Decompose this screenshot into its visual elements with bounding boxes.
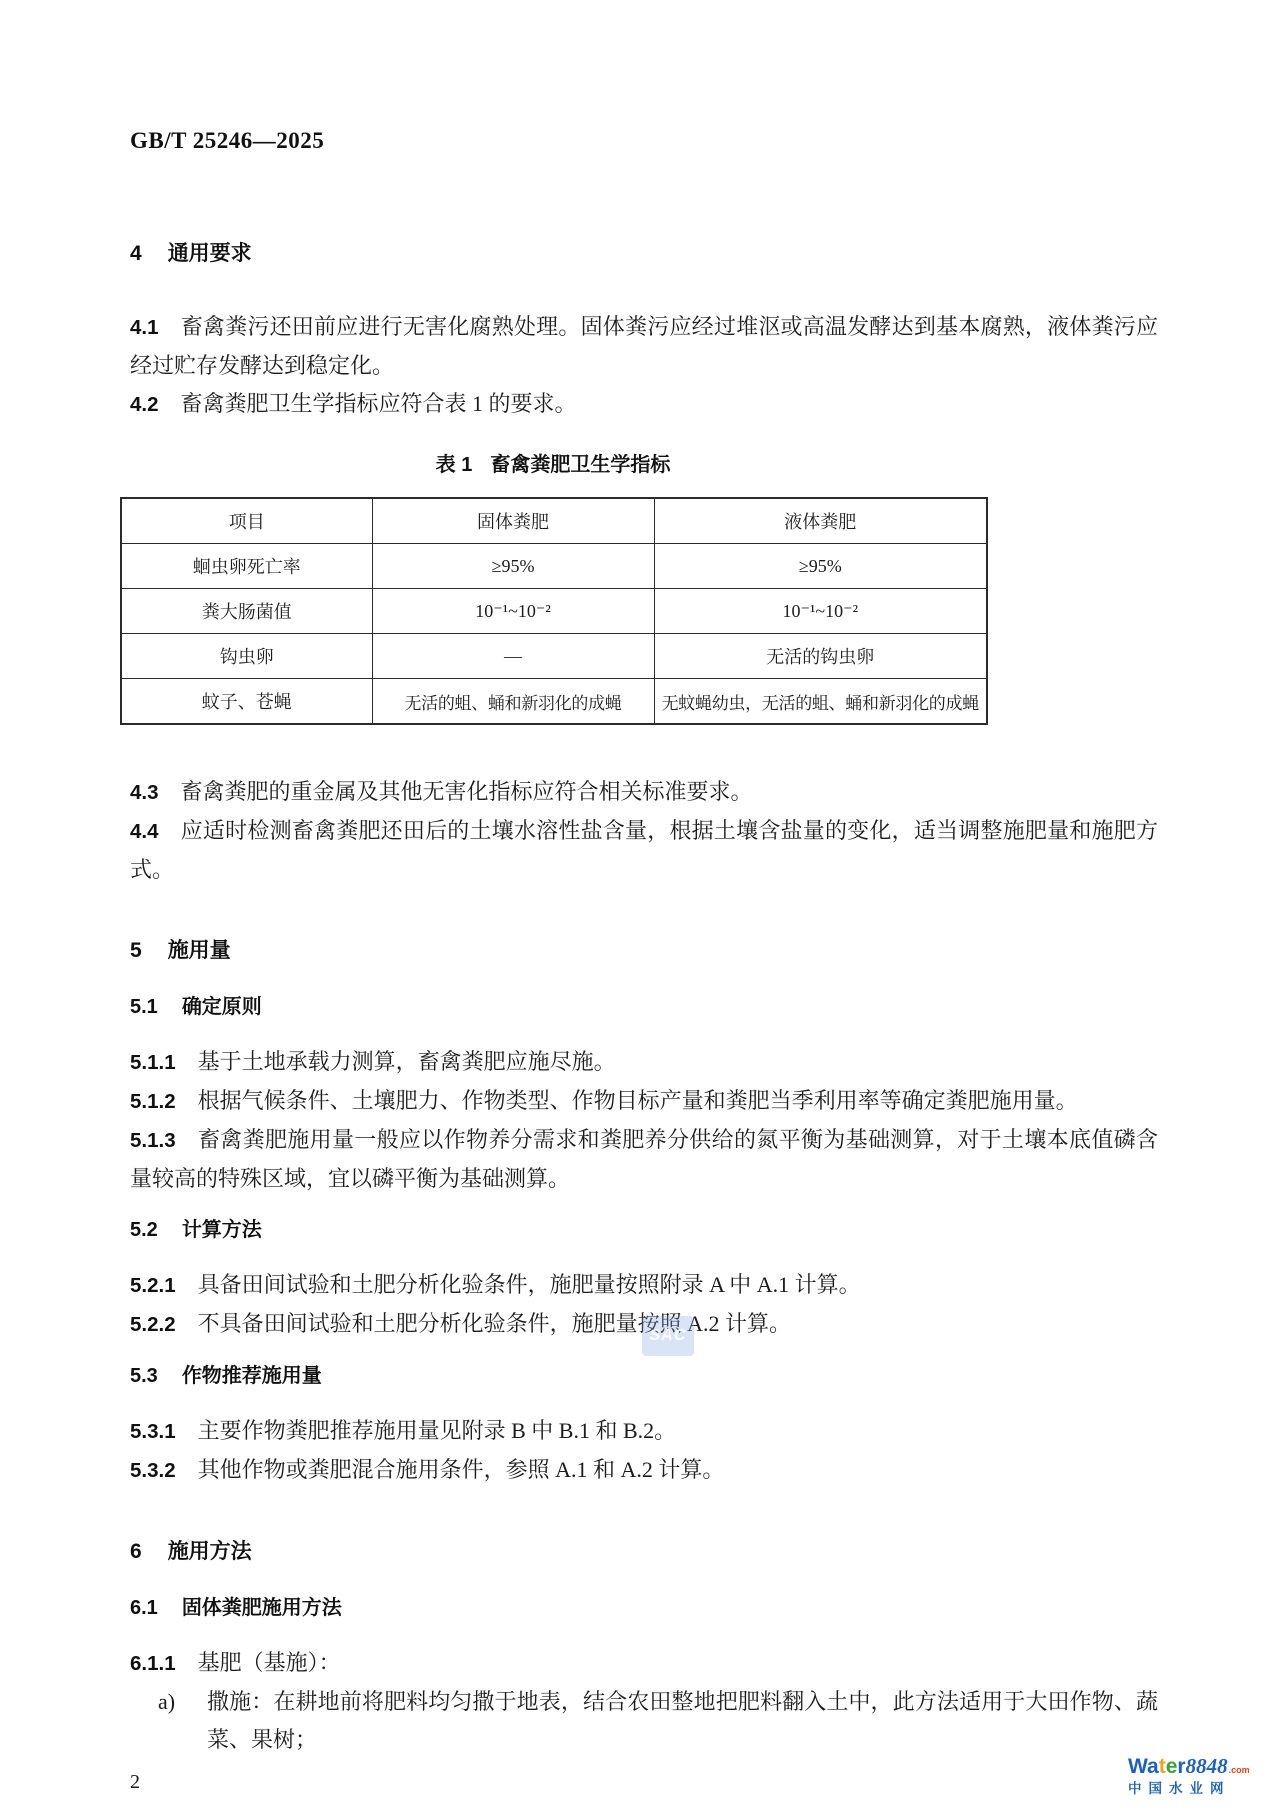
list-marker: a) (158, 1683, 207, 1759)
clause-5-3-heading: 5.3作物推荐施用量 (130, 1362, 1158, 1390)
clause-title: 施用方法 (168, 1540, 252, 1563)
table-cell-liquid: 无活的钩虫卵 (654, 634, 987, 679)
table-1: 项目 固体粪肥 液体粪肥 蛔虫卵死亡率 ≥95% ≥95% 粪大肠菌值 10⁻¹… (120, 497, 988, 725)
logo-chinese-name: 中国水业网 (1128, 1782, 1276, 1796)
table-row: 钩虫卵 — 无活的钩虫卵 (121, 634, 987, 679)
clause-5-1-1: 5.1.1基于土地承载力测算，畜禽粪肥应施尽施。 (130, 1043, 1158, 1082)
water8848-watermark: Water8848.com 中国水业网 (1128, 1756, 1276, 1796)
clause-4-heading: 4通用要求 (130, 240, 1158, 268)
clause-number: 4.4 (130, 820, 159, 843)
clause-title: 固体粪肥施用方法 (182, 1597, 342, 1619)
clause-5-2-1: 5.2.1具备田间试验和土肥分析化验条件，施肥量按照附录 A 中 A.1 计算。 (130, 1266, 1158, 1305)
list-item-a: a) 撒施：在耕地前将肥料均匀撒于地表，结合农田整地把肥料翻入土中，此方法适用于… (130, 1683, 1158, 1759)
table-cell-item: 钩虫卵 (121, 634, 372, 679)
clause-5-2-heading: 5.2计算方法 (130, 1216, 1158, 1244)
logo-letters-wa: Wa (1128, 1755, 1159, 1778)
clause-5-3-2: 5.3.2其他作物或粪肥混合施用条件，参照 A.1 和 A.2 计算。 (130, 1451, 1158, 1490)
logo-letter-t: t (1159, 1755, 1166, 1778)
page-content: GB/T 25246—2025 4通用要求 4.1畜禽粪污还田前应进行无害化腐熟… (0, 0, 1280, 1794)
clause-5-3-1: 5.3.1主要作物粪肥推荐施用量见附录 B 中 B.1 和 B.2。 (130, 1412, 1158, 1451)
clause-title: 施用量 (168, 939, 231, 962)
table-header-solid: 固体粪肥 (372, 498, 654, 544)
list-text: 撒施：在耕地前将肥料均匀撒于地表，结合农田整地把肥料翻入土中，此方法适用于大田作… (207, 1683, 1158, 1759)
clause-number: 5.2 (130, 1219, 158, 1241)
table-row: 蛔虫卵死亡率 ≥95% ≥95% (121, 544, 987, 589)
doc-code: GB/T 25246—2025 (130, 128, 1158, 154)
table-header-item: 项目 (121, 498, 372, 544)
logo-letter-r: r (1177, 1755, 1185, 1778)
clause-number: 5.1 (130, 996, 158, 1018)
document-page: GB/T 25246—2025 4通用要求 4.1畜禽粪污还田前应进行无害化腐熟… (0, 0, 1280, 1810)
clause-number: 4.2 (130, 393, 159, 416)
table-header-row: 项目 固体粪肥 液体粪肥 (121, 498, 987, 544)
table-cell-liquid: 无蚊蝇幼虫，无活的蛆、蛹和新羽化的成蝇 (654, 679, 987, 725)
clause-text: 基肥（基施）： (198, 1650, 341, 1675)
table-cell-item: 蚊子、苍蝇 (121, 679, 372, 725)
logo-number: 8848 (1186, 1754, 1228, 1778)
table-label: 表 1 (436, 454, 473, 476)
page-number: 2 (130, 1771, 1158, 1794)
sac-watermark: SAC (642, 1316, 694, 1356)
clause-number: 5.2.2 (130, 1313, 176, 1336)
table-cell-item: 蛔虫卵死亡率 (121, 544, 372, 589)
clause-number: 5.2.1 (130, 1274, 176, 1297)
clause-number: 4.3 (130, 781, 159, 804)
clause-text: 基于土地承载力测算，畜禽粪肥应施尽施。 (198, 1049, 616, 1074)
logo-letter-e: e (1166, 1755, 1178, 1778)
clause-title: 计算方法 (182, 1219, 262, 1241)
clause-text: 畜禽粪肥施用量一般应以作物养分需求和粪肥养分供给的氮平衡为基础测算，对于土壤本底… (130, 1127, 1158, 1191)
water8848-logo: Water8848.com (1128, 1756, 1276, 1777)
clause-6-heading: 6施用方法 (130, 1538, 1158, 1566)
clause-title: 确定原则 (182, 996, 262, 1018)
table-row: 粪大肠菌值 10⁻¹~10⁻² 10⁻¹~10⁻² (121, 589, 987, 634)
clause-text: 不具备田间试验和土肥分析化验条件，施肥量按照 A.2 计算。 (198, 1311, 791, 1336)
clause-text: 畜禽粪肥的重金属及其他无害化指标应符合相关标准要求。 (181, 779, 753, 804)
clause-text: 应适时检测畜禽粪肥还田后的土壤水溶性盐含量，根据土壤含盐量的变化，适当调整施肥量… (130, 818, 1158, 882)
clause-number: 5.1.1 (130, 1051, 176, 1074)
table-cell-item: 粪大肠菌值 (121, 589, 372, 634)
table-header-liquid: 液体粪肥 (654, 498, 987, 544)
table-cell-solid: ≥95% (372, 544, 654, 589)
clause-5-1-2: 5.1.2根据气候条件、土壤肥力、作物类型、作物目标产量和粪肥当季利用率等确定粪… (130, 1082, 1158, 1121)
table-cell-liquid: ≥95% (654, 544, 987, 589)
clause-number: 5.1.3 (130, 1129, 176, 1152)
clause-text: 主要作物粪肥推荐施用量见附录 B 中 B.1 和 B.2。 (198, 1418, 677, 1443)
table-row: 蚊子、苍蝇 无活的蛆、蛹和新羽化的成蝇 无蚊蝇幼虫，无活的蛆、蛹和新羽化的成蝇 (121, 679, 987, 725)
clause-number: 4 (130, 242, 142, 265)
clause-number: 6 (130, 1540, 142, 1563)
clause-5-1-3: 5.1.3畜禽粪肥施用量一般应以作物养分需求和粪肥养分供给的氮平衡为基础测算，对… (130, 1121, 1158, 1198)
clause-number: 5 (130, 939, 142, 962)
table-cell-solid: 无活的蛆、蛹和新羽化的成蝇 (372, 679, 654, 725)
clause-text: 其他作物或粪肥混合施用条件，参照 A.1 和 A.2 计算。 (198, 1457, 725, 1482)
clause-number: 6.1.1 (130, 1652, 176, 1675)
clause-4-3: 4.3畜禽粪肥的重金属及其他无害化指标应符合相关标准要求。 (130, 773, 1158, 812)
clause-6-1-heading: 6.1固体粪肥施用方法 (130, 1594, 1158, 1622)
logo-dotcom: .com (1229, 1765, 1250, 1775)
clause-5-1-heading: 5.1确定原则 (130, 993, 1158, 1021)
clause-5-heading: 5施用量 (130, 937, 1158, 965)
clause-number: 5.3.1 (130, 1420, 176, 1443)
table-1-caption: 表 1畜禽粪肥卫生学指标 (120, 448, 986, 477)
table-title: 畜禽粪肥卫生学指标 (490, 454, 670, 476)
clause-title: 作物推荐施用量 (182, 1365, 322, 1387)
clause-number: 5.3 (130, 1365, 158, 1387)
clause-4-1: 4.1畜禽粪污还田前应进行无害化腐熟处理。固体粪污应经过堆沤或高温发酵达到基本腐… (130, 308, 1158, 385)
table-cell-liquid: 10⁻¹~10⁻² (654, 589, 987, 634)
clause-text: 根据气候条件、土壤肥力、作物类型、作物目标产量和粪肥当季利用率等确定粪肥施用量。 (198, 1088, 1078, 1113)
clause-title: 通用要求 (168, 242, 252, 265)
clause-text: 畜禽粪污还田前应进行无害化腐熟处理。固体粪污应经过堆沤或高温发酵达到基本腐熟，液… (130, 314, 1158, 378)
clause-number: 5.3.2 (130, 1459, 176, 1482)
clause-4-4: 4.4应适时检测畜禽粪肥还田后的土壤水溶性盐含量，根据土壤含盐量的变化，适当调整… (130, 812, 1158, 889)
clause-number: 6.1 (130, 1597, 158, 1619)
clause-number: 4.1 (130, 316, 159, 339)
table-cell-solid: — (372, 634, 654, 679)
clause-text: 具备田间试验和土肥分析化验条件，施肥量按照附录 A 中 A.1 计算。 (198, 1272, 861, 1297)
table-cell-solid: 10⁻¹~10⁻² (372, 589, 654, 634)
clause-4-2: 4.2畜禽粪肥卫生学指标应符合表 1 的要求。 (130, 385, 1158, 424)
clause-6-1-1: 6.1.1基肥（基施）： (130, 1644, 1158, 1683)
clause-number: 5.1.2 (130, 1090, 176, 1113)
clause-text: 畜禽粪肥卫生学指标应符合表 1 的要求。 (181, 391, 577, 416)
